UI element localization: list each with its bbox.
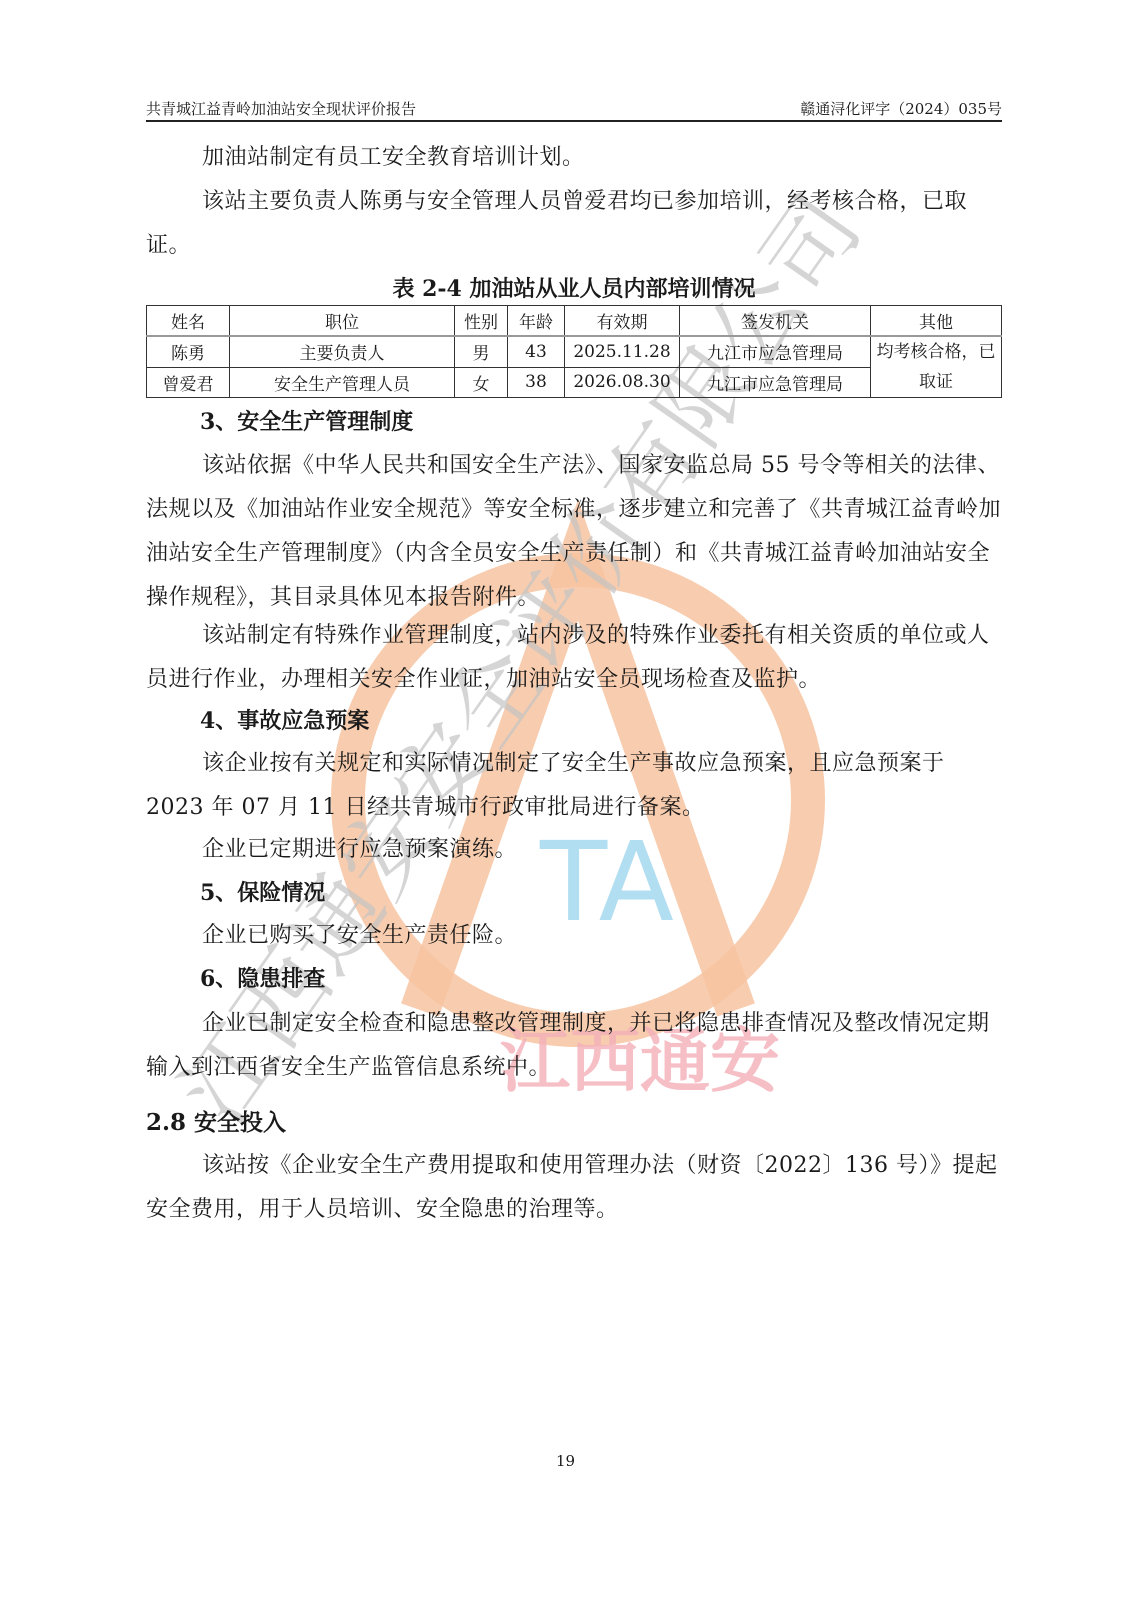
paragraph: 加油站制定有员工安全教育培训计划。 bbox=[146, 136, 1002, 180]
paragraph: 企业已购买了安全生产责任险。 bbox=[146, 914, 1002, 958]
column-header: 性别 bbox=[455, 306, 508, 337]
paragraph: 该站制定有特殊作业管理制度，站内涉及的特殊作业委托有相关资质的单位或人员进行作业… bbox=[146, 614, 1002, 702]
section-heading: 2.8 安全投入 bbox=[146, 1104, 286, 1137]
cell-age: 38 bbox=[508, 367, 565, 398]
cell-position: 安全生产管理人员 bbox=[230, 367, 455, 398]
paragraph: 该站按《企业安全生产费用提取和使用管理办法（财资〔2022〕136 号）》提起安… bbox=[146, 1144, 1002, 1232]
paragraph: 该企业按有关规定和实际情况制定了安全生产事故应急预案，且应急预案于 2023 年… bbox=[146, 742, 1002, 830]
cell-name: 曾爱君 bbox=[147, 367, 230, 398]
section-heading: 3、安全生产管理制度 bbox=[200, 405, 413, 436]
cell-position: 主要负责人 bbox=[230, 336, 455, 367]
report-title: 共青城江益青岭加油站安全现状评价报告 bbox=[146, 98, 416, 119]
cell-valid-until: 2025.11.28 bbox=[565, 336, 680, 367]
page-header: 共青城江益青岭加油站安全现状评价报告 赣通浔化评字（2024）035号 bbox=[146, 96, 1002, 122]
cell-age: 43 bbox=[508, 336, 565, 367]
section-heading: 4、事故应急预案 bbox=[200, 704, 369, 735]
column-header: 职位 bbox=[230, 306, 455, 337]
cell-gender: 女 bbox=[455, 367, 508, 398]
cell-other: 均考核合格，已取证 bbox=[871, 336, 1002, 398]
report-number: 赣通浔化评字（2024）035号 bbox=[800, 98, 1002, 119]
table-row: 陈勇 主要负责人 男 43 2025.11.28 九江市应急管理局 均考核合格，… bbox=[147, 336, 1002, 367]
column-header: 其他 bbox=[871, 306, 1002, 337]
paragraph: 企业已定期进行应急预案演练。 bbox=[146, 828, 1002, 872]
table-header-row: 姓名 职位 性别 年龄 有效期 签发机关 其他 bbox=[147, 306, 1002, 337]
cell-valid-until: 2026.08.30 bbox=[565, 367, 680, 398]
column-header: 年龄 bbox=[508, 306, 565, 337]
cell-issuer: 九江市应急管理局 bbox=[680, 367, 871, 398]
column-header: 有效期 bbox=[565, 306, 680, 337]
column-header: 姓名 bbox=[147, 306, 230, 337]
paragraph: 企业已制定安全检查和隐患整改管理制度，并已将隐患排查情况及整改情况定期输入到江西… bbox=[146, 1002, 1002, 1090]
training-table: 姓名 职位 性别 年龄 有效期 签发机关 其他 陈勇 主要负责人 男 43 20… bbox=[146, 305, 1002, 398]
section-heading: 6、隐患排查 bbox=[200, 962, 325, 993]
page-number: 19 bbox=[0, 1452, 1131, 1470]
paragraph: 该站依据《中华人民共和国安全生产法》、国家安监总局 55 号令等相关的法律、法规… bbox=[146, 444, 1002, 620]
column-header: 签发机关 bbox=[680, 306, 871, 337]
cell-gender: 男 bbox=[455, 336, 508, 367]
cell-issuer: 九江市应急管理局 bbox=[680, 336, 871, 367]
cell-name: 陈勇 bbox=[147, 336, 230, 367]
section-heading: 5、保险情况 bbox=[200, 876, 325, 907]
paragraph: 该站主要负责人陈勇与安全管理人员曾爱君均已参加培训，经考核合格，已取证。 bbox=[146, 180, 1002, 268]
table-caption: 表 2-4 加油站从业人员内部培训情况 bbox=[146, 272, 1002, 303]
